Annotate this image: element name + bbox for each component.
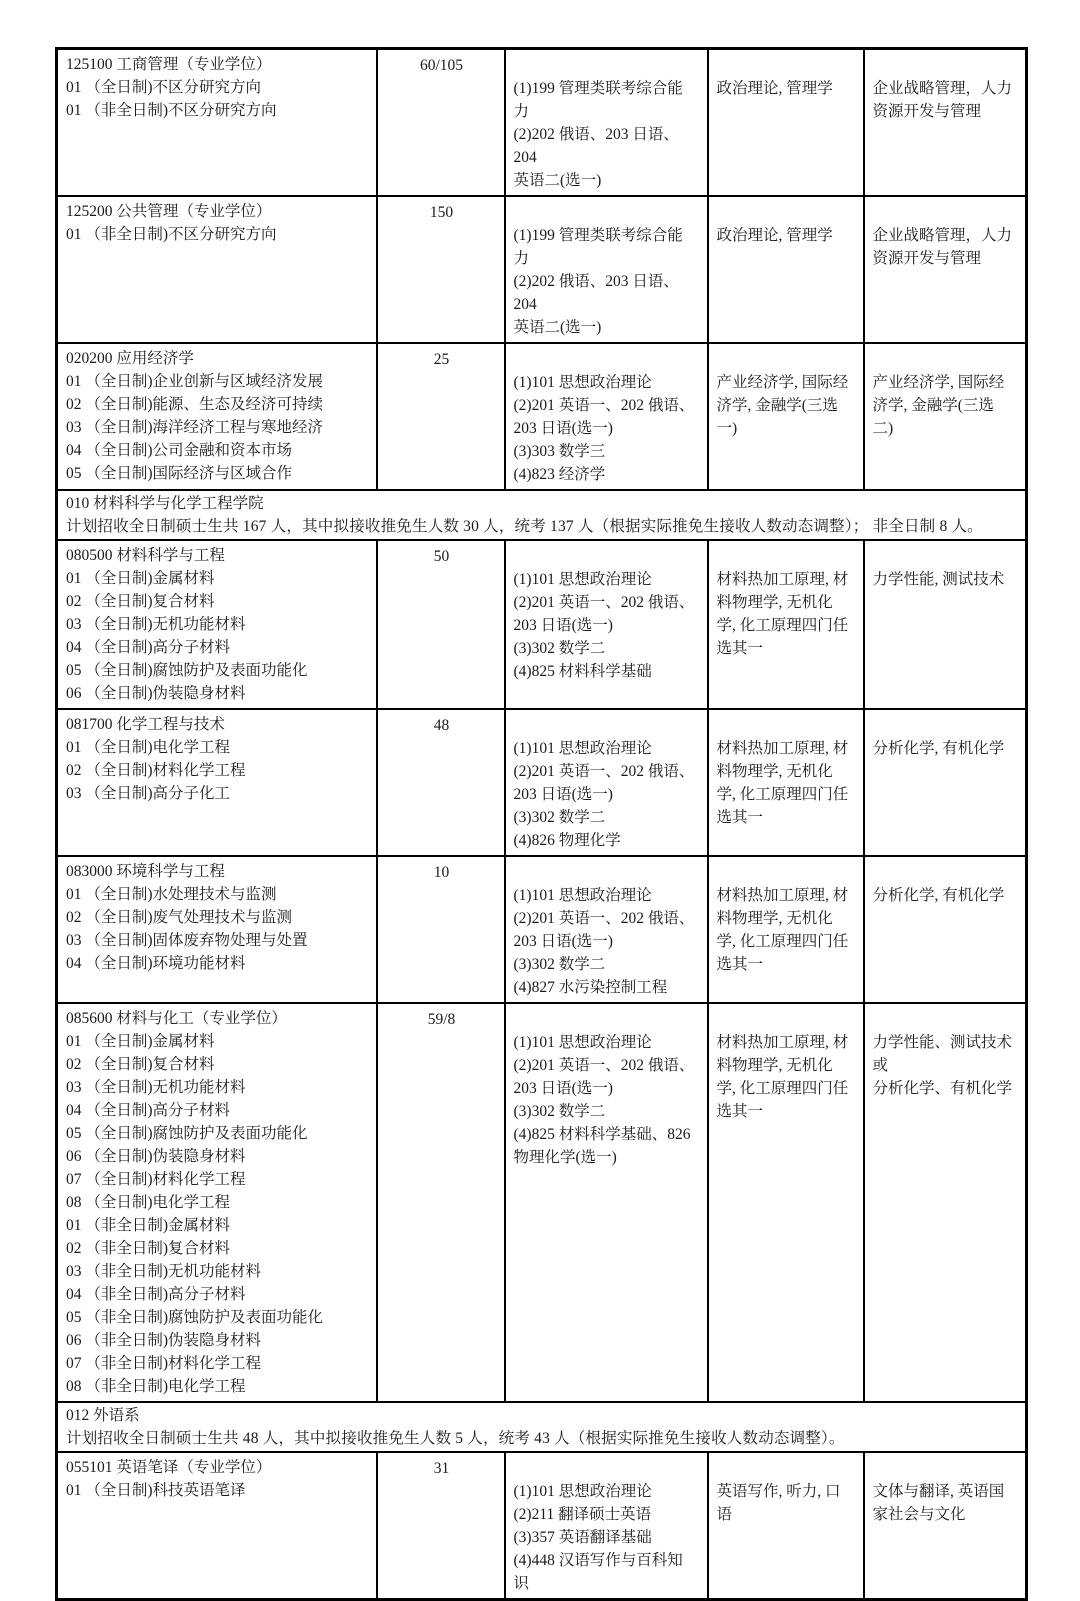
table-row: 080500 材料科学与工程01 （全日制)金属材料02 （全日制)复合材料03… [57,540,1027,709]
additional-subjects-text: 产业经济学, 国际经 济学, 金融学(三选 二) [873,371,1020,440]
retest-subjects-text: 材料热加工原理, 材 料物理学, 无机化 学, 化工原理四门任 选其一 [717,884,857,976]
program-title: 083000 环境科学与工程 [66,860,372,883]
exam-subjects-text: (1)101 思想政治理论 (2)211 翻译硕士英语 (3)357 英语翻译基… [514,1480,701,1595]
admissions-table: 125100 工商管理（专业学位）01 （全日制)不区分研究方向01 （非全日制… [55,47,1028,1601]
quota-value: 59/8 [428,1011,456,1028]
quota-value: 25 [434,351,450,368]
additional-subjects-cell: 企业战略管理，人力 资源开发与管理 [864,196,1027,343]
additional-subjects-text: 企业战略管理，人力 资源开发与管理 [873,224,1020,270]
retest-subjects-text: 材料热加工原理, 材 料物理学, 无机化 学, 化工原理四门任 选其一 [717,568,857,660]
research-direction: 06 （全日制)伪装隐身材料 [66,1145,372,1168]
research-direction: 02 （全日制)复合材料 [66,590,372,613]
retest-subjects-text: 产业经济学, 国际经 济学, 金融学(三选 一) [717,371,857,440]
page: 125100 工商管理（专业学位）01 （全日制)不区分研究方向01 （非全日制… [55,47,1028,1601]
quota-cell: 31 [377,1452,505,1600]
program-cell: 055101 英语笔译（专业学位）01 （全日制)科技英语笔译 [57,1452,377,1600]
research-direction: 08 （非全日制)电化学工程 [66,1375,372,1398]
research-direction: 05 （全日制)腐蚀防护及表面功能化 [66,659,372,682]
program-title: 055101 英语笔译（专业学位） [66,1456,372,1479]
additional-subjects-cell: 力学性能、测试技术 或 分析化学、有机化学 [864,1003,1027,1402]
table-row: 125200 公共管理（专业学位）01 （非全日制)不区分研究方向150(1)1… [57,196,1027,343]
program-title: 125100 工商管理（专业学位） [66,53,372,76]
retest-subjects-cell: 材料热加工原理, 材 料物理学, 无机化 学, 化工原理四门任 选其一 [708,540,864,709]
additional-subjects-text: 文体与翻译, 英语国 家社会与文化 [873,1480,1020,1526]
exam-subjects-text: (1)199 管理类联考综合能 力 (2)202 俄语、203 日语、204 英… [514,224,701,339]
quota-cell: 48 [377,709,505,856]
table-row: 085600 材料与化工（专业学位）01 （全日制)金属材料02 （全日制)复合… [57,1003,1027,1402]
program-title: 125200 公共管理（专业学位） [66,200,372,223]
exam-subjects-cell: (1)101 思想政治理论 (2)201 英语一、202 俄语、 203 日语(… [505,1003,708,1402]
section-title: 012 外语系 [66,1404,1019,1427]
research-direction: 02 （全日制)能源、生态及经济可持续 [66,393,372,416]
research-direction: 05 （全日制)国际经济与区域合作 [66,462,372,485]
research-direction: 01 （全日制)不区分研究方向 [66,76,372,99]
exam-subjects-cell: (1)199 管理类联考综合能 力 (2)202 俄语、203 日语、204 英… [505,49,708,197]
additional-subjects-cell: 分析化学, 有机化学 [864,709,1027,856]
quota-value: 31 [434,1460,450,1477]
research-direction: 06 （全日制)伪装隐身材料 [66,682,372,705]
section-note: 计划招收全日制硕士生共 167 人，其中拟接收推免生人数 30 人，统考 137… [66,515,1019,538]
research-direction: 01 （全日制)金属材料 [66,1030,372,1053]
table-row: 055101 英语笔译（专业学位）01 （全日制)科技英语笔译31(1)101 … [57,1452,1027,1600]
program-title: 085600 材料与化工（专业学位） [66,1007,372,1030]
exam-subjects-cell: (1)101 思想政治理论 (2)201 英语一、202 俄语、 203 日语(… [505,540,708,709]
program-cell: 125100 工商管理（专业学位）01 （全日制)不区分研究方向01 （非全日制… [57,49,377,197]
research-direction: 01 （非全日制)金属材料 [66,1214,372,1237]
quota-value: 60/105 [420,57,463,74]
research-direction: 04 （全日制)公司金融和资本市场 [66,439,372,462]
exam-subjects-text: (1)101 思想政治理论 (2)201 英语一、202 俄语、 203 日语(… [514,371,701,486]
research-direction: 08 （全日制)电化学工程 [66,1191,372,1214]
exam-subjects-cell: (1)101 思想政治理论 (2)201 英语一、202 俄语、 203 日语(… [505,709,708,856]
retest-subjects-cell: 政治理论, 管理学 [708,49,864,197]
program-cell: 020200 应用经济学01 （全日制)企业创新与区域经济发展02 （全日制)能… [57,343,377,490]
additional-subjects-cell: 分析化学, 有机化学 [864,856,1027,1003]
research-direction: 01 （非全日制)不区分研究方向 [66,99,372,122]
additional-subjects-text: 力学性能、测试技术 或 分析化学、有机化学 [873,1031,1020,1100]
research-direction: 03 （全日制)海洋经济工程与寒地经济 [66,416,372,439]
retest-subjects-cell: 材料热加工原理, 材 料物理学, 无机化 学, 化工原理四门任 选其一 [708,1003,864,1402]
table-row: 083000 环境科学与工程01 （全日制)水处理技术与监测02 （全日制)废气… [57,856,1027,1003]
exam-subjects-cell: (1)101 思想政治理论 (2)201 英语一、202 俄语、 203 日语(… [505,343,708,490]
exam-subjects-text: (1)101 思想政治理论 (2)201 英语一、202 俄语、 203 日语(… [514,568,701,683]
additional-subjects-cell: 产业经济学, 国际经 济学, 金融学(三选 二) [864,343,1027,490]
research-direction: 03 （全日制)固体废弃物处理与处置 [66,929,372,952]
section-row: 010 材料科学与化学工程学院计划招收全日制硕士生共 167 人，其中拟接收推免… [57,490,1027,540]
research-direction: 02 （全日制)复合材料 [66,1053,372,1076]
research-direction: 03 （全日制)高分子化工 [66,782,372,805]
exam-subjects-cell: (1)101 思想政治理论 (2)201 英语一、202 俄语、 203 日语(… [505,856,708,1003]
retest-subjects-cell: 产业经济学, 国际经 济学, 金融学(三选 一) [708,343,864,490]
research-direction: 01 （全日制)企业创新与区域经济发展 [66,370,372,393]
table-row: 125100 工商管理（专业学位）01 （全日制)不区分研究方向01 （非全日制… [57,49,1027,197]
quota-value: 150 [430,204,453,221]
retest-subjects-cell: 英语写作, 听力, 口 语 [708,1452,864,1600]
exam-subjects-text: (1)199 管理类联考综合能 力 (2)202 俄语、203 日语、204 英… [514,77,701,192]
additional-subjects-cell: 企业战略管理，人力 资源开发与管理 [864,49,1027,197]
research-direction: 03 （全日制)无机功能材料 [66,613,372,636]
additional-subjects-text: 力学性能, 测试技术 [873,568,1020,591]
retest-subjects-text: 政治理论, 管理学 [717,77,857,100]
additional-subjects-text: 分析化学, 有机化学 [873,737,1020,760]
research-direction: 02 （全日制)废气处理技术与监测 [66,906,372,929]
program-title: 080500 材料科学与工程 [66,544,372,567]
program-title: 020200 应用经济学 [66,347,372,370]
research-direction: 07 （全日制)材料化学工程 [66,1168,372,1191]
research-direction: 03 （全日制)无机功能材料 [66,1076,372,1099]
research-direction: 05 （全日制)腐蚀防护及表面功能化 [66,1122,372,1145]
program-cell: 081700 化学工程与技术01 （全日制)电化学工程02 （全日制)材料化学工… [57,709,377,856]
quota-cell: 59/8 [377,1003,505,1402]
research-direction: 04 （全日制)高分子材料 [66,636,372,659]
research-direction: 02 （非全日制)复合材料 [66,1237,372,1260]
research-direction: 06 （非全日制)伪装隐身材料 [66,1329,372,1352]
quota-cell: 25 [377,343,505,490]
exam-subjects-text: (1)101 思想政治理论 (2)201 英语一、202 俄语、 203 日语(… [514,884,701,999]
research-direction: 03 （非全日制)无机功能材料 [66,1260,372,1283]
table-row: 081700 化学工程与技术01 （全日制)电化学工程02 （全日制)材料化学工… [57,709,1027,856]
program-cell: 083000 环境科学与工程01 （全日制)水处理技术与监测02 （全日制)废气… [57,856,377,1003]
exam-subjects-cell: (1)101 思想政治理论 (2)211 翻译硕士英语 (3)357 英语翻译基… [505,1452,708,1600]
research-direction: 01 （非全日制)不区分研究方向 [66,223,372,246]
quota-value: 48 [434,717,450,734]
quota-value: 50 [434,548,450,565]
section-cell: 010 材料科学与化学工程学院计划招收全日制硕士生共 167 人，其中拟接收推免… [57,490,1027,540]
exam-subjects-text: (1)101 思想政治理论 (2)201 英语一、202 俄语、 203 日语(… [514,737,701,852]
retest-subjects-cell: 材料热加工原理, 材 料物理学, 无机化 学, 化工原理四门任 选其一 [708,856,864,1003]
retest-subjects-text: 材料热加工原理, 材 料物理学, 无机化 学, 化工原理四门任 选其一 [717,1031,857,1123]
research-direction: 07 （非全日制)材料化学工程 [66,1352,372,1375]
program-title: 081700 化学工程与技术 [66,713,372,736]
research-direction: 01 （全日制)金属材料 [66,567,372,590]
research-direction: 01 （全日制)电化学工程 [66,736,372,759]
program-cell: 125200 公共管理（专业学位）01 （非全日制)不区分研究方向 [57,196,377,343]
retest-subjects-text: 政治理论, 管理学 [717,224,857,247]
program-cell: 085600 材料与化工（专业学位）01 （全日制)金属材料02 （全日制)复合… [57,1003,377,1402]
table-row: 020200 应用经济学01 （全日制)企业创新与区域经济发展02 （全日制)能… [57,343,1027,490]
research-direction: 05 （非全日制)腐蚀防护及表面功能化 [66,1306,372,1329]
quota-cell: 10 [377,856,505,1003]
retest-subjects-text: 材料热加工原理, 材 料物理学, 无机化 学, 化工原理四门任 选其一 [717,737,857,829]
research-direction: 01 （全日制)水处理技术与监测 [66,883,372,906]
research-direction: 04 （全日制)高分子材料 [66,1099,372,1122]
section-cell: 012 外语系计划招收全日制硕士生共 48 人，其中拟接收推免生人数 5 人，统… [57,1402,1027,1452]
quota-value: 10 [434,864,450,881]
retest-subjects-text: 英语写作, 听力, 口 语 [717,1480,857,1526]
section-row: 012 外语系计划招收全日制硕士生共 48 人，其中拟接收推免生人数 5 人，统… [57,1402,1027,1452]
retest-subjects-cell: 政治理论, 管理学 [708,196,864,343]
research-direction: 02 （全日制)材料化学工程 [66,759,372,782]
research-direction: 04 （非全日制)高分子材料 [66,1283,372,1306]
additional-subjects-text: 企业战略管理，人力 资源开发与管理 [873,77,1020,123]
research-direction: 04 （全日制)环境功能材料 [66,952,372,975]
additional-subjects-cell: 文体与翻译, 英语国 家社会与文化 [864,1452,1027,1600]
program-cell: 080500 材料科学与工程01 （全日制)金属材料02 （全日制)复合材料03… [57,540,377,709]
quota-cell: 60/105 [377,49,505,197]
additional-subjects-text: 分析化学, 有机化学 [873,884,1020,907]
admissions-table-body: 125100 工商管理（专业学位）01 （全日制)不区分研究方向01 （非全日制… [57,49,1027,1600]
section-note: 计划招收全日制硕士生共 48 人，其中拟接收推免生人数 5 人，统考 43 人（… [66,1427,1019,1450]
quota-cell: 50 [377,540,505,709]
additional-subjects-cell: 力学性能, 测试技术 [864,540,1027,709]
section-title: 010 材料科学与化学工程学院 [66,492,1019,515]
retest-subjects-cell: 材料热加工原理, 材 料物理学, 无机化 学, 化工原理四门任 选其一 [708,709,864,856]
quota-cell: 150 [377,196,505,343]
research-direction: 01 （全日制)科技英语笔译 [66,1479,372,1502]
exam-subjects-cell: (1)199 管理类联考综合能 力 (2)202 俄语、203 日语、204 英… [505,196,708,343]
exam-subjects-text: (1)101 思想政治理论 (2)201 英语一、202 俄语、 203 日语(… [514,1031,701,1169]
